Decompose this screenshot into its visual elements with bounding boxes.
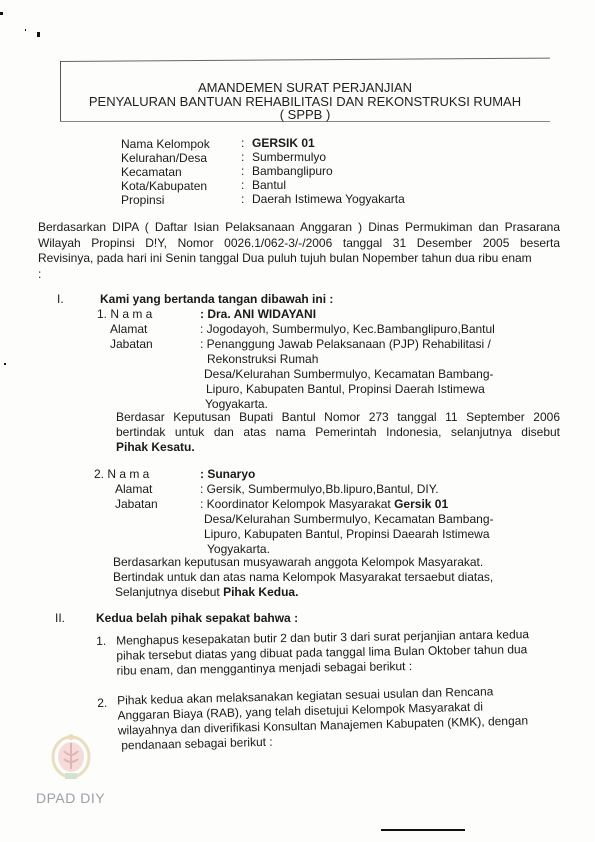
party2-designation: Pihak Kedua. [223, 585, 298, 599]
agreement-item-number: 1. [96, 634, 106, 649]
scan-speck [0, 12, 3, 15]
party1-jabatan: Yogyakarta. [205, 397, 268, 411]
info-colon: : [241, 178, 244, 192]
info-label-kecamatan: Kecamatan [121, 165, 182, 179]
info-colon: : [241, 136, 244, 150]
party1-jabatan: Rekonstruksi Rumah [207, 352, 318, 366]
party1-nama-label: 1. N a m a [97, 307, 152, 321]
section-heading: Kami yang bertanda tangan dibawah ini : [100, 292, 333, 306]
party1-jabatan: Desa/Kelurahan Sumbermulyo, Kecamatan Ba… [204, 367, 494, 381]
party2-jabatan: Desa/Kelurahan Sumbermulyo, Kecamatan Ba… [204, 512, 494, 526]
party1-statement-line: Berdasar Keputusan Bupati Bantul Nomor 2… [116, 410, 560, 425]
intro-line: : [38, 267, 560, 283]
party2-name: : Sunaryo [200, 467, 255, 481]
party1-alamat-label: Alamat [110, 322, 147, 336]
intro-line: Berdasarkan DIPA ( Daftar Isian Pelaksan… [38, 220, 560, 236]
scan-speck [25, 29, 26, 31]
party1-jabatan: : Penanggung Jawab Pelaksanaan (PJP) Reh… [200, 337, 491, 351]
info-value-kecamatan: Bambanglipuro [252, 164, 333, 178]
footer-rule [381, 829, 465, 831]
doc-title-line1: AMANDEMEN SURAT PERJANJIAN [60, 80, 550, 95]
info-label-nama-kelompok: Nama Kelompok [121, 137, 210, 151]
party2-jabatan-label: Jabatan [115, 497, 158, 511]
watermark-text: DPAD DIY [36, 790, 105, 806]
party1-designation: Pihak Kesatu. [116, 440, 560, 455]
info-value-propinsi: Daerah Istimewa Yogyakarta [252, 192, 405, 206]
info-label-propinsi: Propinsi [121, 193, 164, 207]
header-border-top [60, 58, 550, 62]
info-label-kelurahan: Kelurahan/Desa [121, 151, 207, 165]
emblem-icon [50, 733, 92, 783]
info-colon: : [241, 150, 244, 164]
info-label-kabupaten: Kota/Kabupaten [121, 179, 207, 193]
party2-statement-last: Selanjutnya disebut Pihak Kedua. [115, 585, 298, 599]
intro-line: Wilayah Propinsi D!Y, Nomor 0026.1/062-3… [38, 236, 560, 252]
party1-name: : Dra. ANI WIDAYANI [200, 307, 316, 321]
party2-statement-line: Bertindak untuk dan atas nama Kelompok M… [113, 570, 493, 584]
section-numeral: II. [55, 611, 65, 625]
info-value-nama-kelompok: GERSIK 01 [252, 136, 315, 150]
party1-statement: Berdasar Keputusan Bupati Bantul Nomor 2… [116, 410, 560, 455]
section-heading: Kedua belah pihak sepakat bahwa : [96, 611, 298, 625]
party1-alamat: : Jogodayoh, Sumbermulyo, Kec.Bambanglip… [200, 322, 495, 336]
agreement-item-number: 2. [97, 696, 107, 711]
info-value-kabupaten: Bantul [252, 178, 286, 192]
party1-jabatan-label: Jabatan [110, 337, 153, 351]
info-colon: : [241, 192, 244, 206]
party2-alamat: : Gersik, Sumbermulyo,Bb.lipuro,Bantul, … [200, 482, 439, 496]
party2-alamat-label: Alamat [115, 482, 152, 496]
party2-jabatan: : Koordinator Kelompok Masyarakat Gersik… [200, 497, 448, 511]
section-numeral: I. [57, 292, 64, 306]
party2-jabatan-text: : Koordinator Kelompok Masyarakat [200, 497, 394, 511]
doc-title-line3: ( SPPB ) [60, 107, 550, 122]
party2-group-name: Gersik 01 [394, 497, 448, 511]
party2-jabatan: Lipuro, Kabupaten Bantul, Propinsi Daear… [204, 527, 490, 541]
party2-nama-label: 2. N a m a [94, 467, 149, 481]
scan-speck [37, 32, 40, 37]
party1-jabatan: Lipuro, Kabupaten Bantul, Propinsi Daera… [206, 382, 485, 396]
info-colon: : [241, 164, 244, 178]
party2-jabatan: Yogyakarta. [207, 542, 270, 556]
party2-statement-prefix: Selanjutnya disebut [115, 585, 223, 599]
info-value-kelurahan: Sumbermulyo [252, 150, 326, 164]
party1-statement-line: bertindak untuk dan atas nama Pemerintah… [116, 425, 560, 440]
party2-statement-line: Berdasarkan keputusan musyawarah anggota… [113, 555, 483, 569]
intro-paragraph: Berdasarkan DIPA ( Daftar Isian Pelaksan… [38, 220, 560, 282]
scan-speck [4, 363, 6, 365]
intro-line: Revisinya, pada hari ini Senin tanggal D… [38, 251, 560, 267]
